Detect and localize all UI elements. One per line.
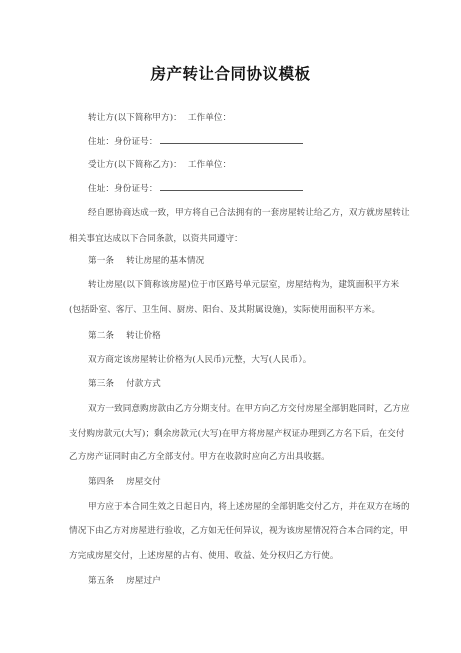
document-page: 房产转让合同协议模板 转让方(以下简称甲方)：工作单位： 住址：身份证号： 受让… [0,0,461,653]
article-number: 第五条 [88,576,114,586]
article-heading: 付款方式 [126,379,161,389]
party-a-address-label: 住址：身份证号： [88,137,158,147]
party-b-label: 受让方(以下简称乙方)： [88,160,182,170]
article-1-line-2: (包括卧室、客厅、卫生间、厨房、阳台、及其附属设施)，实际使用面积平方米。 [69,303,380,315]
article-number: 第四条 [88,477,114,487]
article-4-line-2: 情况下由乙方对房屋进行验收，乙方如无任何异议，视为该房屋情况符合本合同约定，甲 [69,524,408,536]
article-heading: 房屋交付 [126,477,161,487]
article-4-line-3: 方完成房屋交付，上述房屋的占有、使用、收益、处分权归乙方行使。 [69,549,339,561]
preamble-line-1: 经自愿协商达成一致，甲方将自己合法拥有的一套房屋转让给乙方，双方就房屋转让 [88,206,410,218]
article-1-line-1: 转让房屋(以下简称该房屋)位于市区路号单元层室，房屋结构为，建筑面积平方米 [88,278,399,290]
page-title: 房产转让合同协议模板 [0,62,461,84]
article-3-heading: 第三条付款方式 [88,377,161,389]
article-3-line-3: 乙方房产证同时由乙方全部支付。甲方在收款时应向乙方出具收据。 [69,450,330,462]
party-b-line: 受让方(以下简称乙方)：工作单位： [88,158,231,170]
article-heading: 房屋过户 [126,576,161,586]
party-a-address-line: 住址：身份证号： [88,135,303,147]
article-3-line-1: 双方一致同意购房款由乙方分期支付。在甲方向乙方交付房屋全部钥匙同时，乙方应 [88,402,410,414]
article-5-heading: 第五条房屋过户 [88,574,161,586]
article-heading: 转让房屋的基本情况 [126,256,204,266]
party-b-address-label: 住址：身份证号： [88,184,158,194]
article-number: 第二条 [88,331,114,341]
article-number: 第一条 [88,256,114,266]
article-3-line-2: 支付购房款元(大写)；剩余房款元(大写)在甲方将房屋产权证办理到乙方名下后，在交… [69,427,404,439]
party-b-address-line: 住址：身份证号： [88,182,303,194]
party-b-id-blank[interactable] [160,182,303,191]
party-a-label: 转让方(以下简称甲方)： [88,113,182,123]
preamble-line-2: 相关事宜达成以下合同条款，以资共同遵守： [69,232,243,244]
article-4-heading: 第四条房屋交付 [88,475,161,487]
party-b-work-unit-label: 工作单位： [188,160,231,170]
article-heading: 转让价格 [126,331,161,341]
article-2-line-1: 双方商定该房屋转让价格为(人民币)元整，大写(人民币）。 [88,353,311,365]
party-a-work-unit-label: 工作单位： [188,113,231,123]
party-a-line: 转让方(以下简称甲方)：工作单位： [88,111,231,123]
article-1-heading: 第一条转让房屋的基本情况 [88,254,204,266]
article-2-heading: 第二条转让价格 [88,329,161,341]
party-a-id-blank[interactable] [160,135,303,144]
article-4-line-1: 甲方应于本合同生效之日起日内，将上述房屋的全部钥匙交付乙方，并在双方在场的 [88,500,410,512]
article-number: 第三条 [88,379,114,389]
